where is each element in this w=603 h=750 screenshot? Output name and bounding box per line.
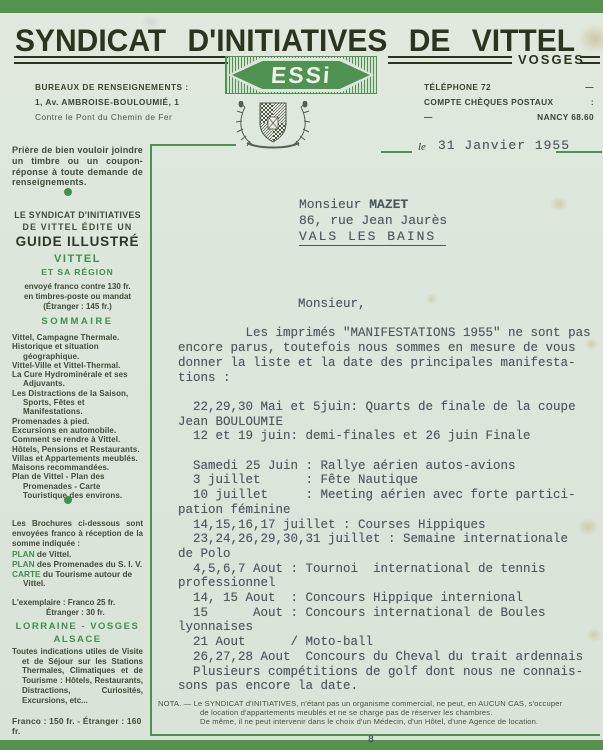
letter-body-line: lyonnaises — [178, 620, 598, 635]
sommaire-item: Vittel-Ville et Vittel-Thermal. — [12, 361, 143, 370]
letter-body-line: 4,5,6,7 Aout : Tournoi international de … — [178, 562, 598, 577]
bureaus-address: 1, Av. AMBROISE-BOULOUMIÉ, 1 — [35, 97, 179, 107]
letter-body-line: 26,27,28 Aout Concours du Cheval du trai… — [178, 650, 598, 665]
letter-body-line: 15 Aout : Concours international de Boul… — [178, 606, 598, 621]
brochures-intro: Les Brochures ci-dessous sont envoyées f… — [12, 519, 143, 548]
sidebar-divider-rule — [150, 144, 152, 735]
cheques-label: COMPTE CHÈQUES POSTAUX — [424, 97, 553, 112]
sidebar-notice: Prière de bien vouloir joindre un timbre… — [12, 145, 143, 188]
guide-title: GUIDE ILLUSTRÉ — [12, 234, 143, 249]
letter-body-line — [178, 444, 598, 459]
guide-price-line: envoyé franco contre 130 fr. — [12, 282, 143, 292]
title-underline-left — [14, 56, 228, 64]
edit-line1: LE SYNDICAT D'INITIATIVES — [12, 209, 143, 221]
sommaire-item: Les Distractions de la Saison, Sports, F… — [12, 389, 143, 417]
sommaire-item: Hôtels, Pensions et Restaurants. — [12, 445, 143, 454]
letter-body-line: 14, 15 Aout : Concours Hippique internio… — [178, 591, 598, 606]
recipient-name: MAZET — [369, 197, 408, 212]
guide-place: VITTEL — [12, 253, 143, 265]
letter-body-line: Samedi 25 Juin : Rallye aérien autos-avi… — [178, 459, 598, 474]
lorraine-heading: LORRAINE - VOSGES ALSACE — [12, 620, 143, 646]
phone-label: TÉLÉPHONE 72 — [424, 82, 491, 97]
sommaire-item: Plan de Vittel - Plan des Promenades - C… — [12, 472, 143, 500]
letter-body-line: 21 Aout / Moto-ball — [178, 635, 598, 650]
sommaire-item: Promenades à pied. — [12, 417, 143, 426]
phone-dash: — — [585, 82, 594, 97]
region-dash — [580, 56, 600, 64]
recipient-line-name: Monsieur MAZET — [299, 197, 447, 213]
letter-body-line: sons pas encore la date. — [178, 679, 598, 694]
letter-page: SYNDICAT D'INITIATIVES DE VITTEL VOSGES … — [0, 0, 603, 750]
top-green-bar — [0, 0, 603, 13]
nota-line1: NOTA. — Le SYNDICAT d'INITIATIVES, n'éta… — [158, 699, 603, 708]
sommaire-item: Comment se rendre à Vittel. — [12, 435, 143, 444]
cheques-value: NANCY 68.60 — [537, 112, 594, 127]
guide-price-line: en timbres-poste ou mandat — [12, 292, 143, 302]
recipient-city: VALS LES BAINS — [299, 229, 446, 246]
letter-body-line: encore parus, toutefois nous sommes en m… — [178, 341, 598, 356]
sommaire-item: Villas et Appartements meublés. — [12, 454, 143, 463]
exemplaire-line1: L'exemplaire : Franco 25 fr. — [12, 598, 143, 608]
sommaire-item: Vittel, Campagne Thermale. — [12, 333, 143, 342]
sommaire-item: La Cure Hydrominérale et ses Adjuvants. — [12, 370, 143, 389]
contact-block: TÉLÉPHONE 72 — COMPTE CHÈQUES POSTAUX : … — [424, 82, 594, 127]
nota-block: NOTA. — Le SYNDICAT d'INITIATIVES, n'éta… — [152, 699, 603, 727]
page-number: 8 — [368, 735, 374, 746]
edit-line2: DE VITTEL ÉDITE UN — [12, 221, 143, 233]
letter-body-line: de Polo — [178, 547, 598, 562]
coat-of-arms — [227, 101, 319, 149]
sommaire-list: Vittel, Campagne Thermale.Historique et … — [12, 333, 143, 500]
paper-stain — [550, 196, 568, 212]
exemplaire-price: L'exemplaire : Franco 25 fr. Étranger : … — [12, 598, 143, 618]
date-value: 31 Janvier 1955 — [438, 138, 570, 153]
guide-price: envoyé franco contre 130 fr.en timbres-p… — [12, 282, 143, 312]
letter-body-line: 12 et 19 juin: demi-finales et 26 juin F… — [178, 429, 598, 444]
letter-body-line: Jean BOULOUMIE — [178, 415, 598, 430]
cheques-colon: : — [591, 97, 594, 112]
brochures-list: PLAN de Vittel.PLAN des Promenades du S.… — [12, 550, 143, 589]
sommaire-item: Historique et situation géographique. — [12, 342, 143, 361]
date-label: le — [418, 141, 426, 153]
cheques-dash: — — [424, 112, 433, 127]
title-underline-right — [388, 56, 512, 64]
sommaire-item: Excursions en automobile. — [12, 426, 143, 435]
letter-body-line: pation féminine — [178, 503, 598, 518]
letter-body-line: professionnel — [178, 576, 598, 591]
lorraine-line2: ALSACE — [12, 633, 143, 646]
brochure-item: CARTE du Tourisme autour de Vittel. — [12, 570, 143, 590]
page-title: SYNDICAT D'INITIATIVES DE VITTEL — [15, 24, 593, 59]
letter-body-line: Les imprimés "MANIFESTATIONS 1955" ne so… — [178, 326, 598, 341]
essi-logo-text: ESSi — [270, 62, 332, 89]
guide-region: ET SA RÉGION — [12, 267, 143, 277]
bottom-green-bar — [0, 740, 603, 750]
indications-note: Toutes indications utiles de Visite et d… — [12, 647, 143, 705]
letter-body-line: 14,15,16,17 juillet : Courses Hippiques — [178, 518, 598, 533]
bureaus-label: BUREAUX DE RENSEIGNEMENTS : — [35, 82, 189, 92]
guide-price-line: (Étranger : 145 fr.) — [12, 302, 143, 312]
letter-body-line — [178, 312, 598, 327]
letter-body-line: 3 juillet : Fête Nautique — [178, 473, 598, 488]
letter-body: Monsieur, Les imprimés "MANIFESTATIONS 1… — [178, 297, 598, 694]
bureaus-address2: Contre le Pont du Chemin de Fer — [35, 112, 172, 122]
letter-body-line: Plusieurs compétitions de golf dont nous… — [178, 665, 598, 680]
green-dot-separator — [64, 188, 72, 196]
lorraine-line1: LORRAINE - VOSGES — [12, 620, 143, 633]
green-dot-separator — [64, 496, 72, 504]
franco-price: Franco : 150 fr. - Étranger : 160 fr. — [12, 716, 143, 736]
region-label: VOSGES — [518, 52, 585, 67]
letter-body-line: donner la liste et la date des principal… — [178, 356, 598, 371]
recipient-block: Monsieur MAZET 86, rue Jean Jaurès VALS … — [299, 197, 447, 246]
letter-body-line: Monsieur, — [178, 297, 598, 312]
sommaire-item: Maisons recommandées. — [12, 463, 143, 472]
date-rule-left — [381, 151, 412, 153]
sommaire-title: SOMMAIRE — [12, 316, 143, 327]
letter-body-line: 22,29,30 Mai et 5juin: Quarts de finale … — [178, 400, 598, 415]
letter-body-line: tions : — [178, 371, 598, 386]
exemplaire-line2: Étranger : 30 fr. — [46, 608, 143, 618]
essi-logo: ESSi — [225, 56, 377, 94]
letter-body-line — [178, 385, 598, 400]
frame-bottom-rule — [150, 734, 600, 736]
frame-top-rule — [150, 144, 236, 146]
recipient-street: 86, rue Jean Jaurès — [299, 213, 447, 229]
nota-line2: de location d'appartements meublés et ne… — [200, 708, 603, 717]
letter-body-line: 23,24,26,29,30,31 juillet : Semaine inte… — [178, 532, 598, 547]
nota-line3: De même, il ne peut intervenir dans le c… — [200, 717, 603, 726]
letter-body-line: 10 juillet : Meeting aérien avec forte p… — [178, 488, 598, 503]
sidebar-edit-note: LE SYNDICAT D'INITIATIVES DE VITTEL ÉDIT… — [12, 209, 143, 233]
